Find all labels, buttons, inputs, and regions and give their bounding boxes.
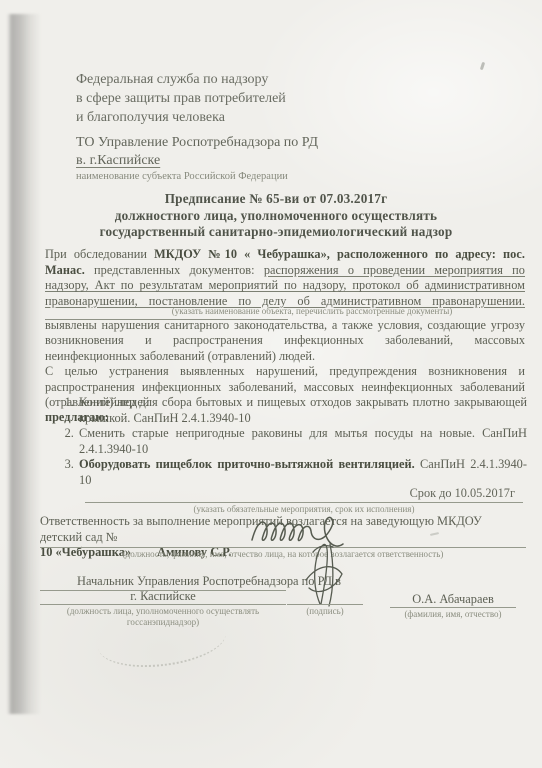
- agency-header: Федеральная служба по надзору в сфере за…: [76, 70, 376, 127]
- signature-caption: (подпись): [287, 606, 363, 617]
- org-caption: наименование субъекта Российской Федерац…: [76, 170, 436, 184]
- name-caption: (фамилия, имя, отчество): [390, 609, 516, 620]
- position-caption-line2: госсанэпиднадзор): [40, 617, 286, 628]
- prescription-item: Контейнер для сбора бытовых и пищевых от…: [77, 395, 527, 426]
- inspection-caption: (указать наименование объекта, перечисли…: [100, 306, 524, 317]
- violations-para1: выявлены нарушения санитарного законодат…: [45, 318, 525, 364]
- position-caption-line1: (должность лица, уполномоченного осущест…: [40, 606, 286, 617]
- document-title: Предписание № 65-ви от 07.03.2017г должн…: [40, 191, 512, 241]
- deadline: Срок до 10.05.2017г: [300, 486, 515, 501]
- prescription-items: Контейнер для сбора бытовых и пищевых от…: [45, 395, 527, 489]
- form-line: [40, 604, 286, 605]
- prescription-item: Оборудовать пищеблок приточно-вытяжной в…: [77, 457, 527, 488]
- title-number-date: Предписание № 65-ви от 07.03.2017г: [40, 191, 512, 208]
- official-signature: [288, 538, 360, 610]
- scan-speck: [480, 62, 485, 71]
- title-line3: государственный санитарно-эпидемиологиче…: [40, 224, 512, 241]
- agency-header-line3: и благополучия человека: [76, 108, 376, 127]
- title-line2: должностного лица, уполномоченного осуще…: [40, 208, 512, 225]
- org-location: в. г.Каспийске: [76, 152, 436, 170]
- agency-header-line1: Федеральная служба по надзору: [76, 70, 376, 89]
- responsibility-caption: (должность, фамилия, имя, отчество лица,…: [40, 547, 526, 560]
- official-position-line2: г. Каспийске: [40, 589, 286, 604]
- inspection-intro: При обследовании: [45, 247, 154, 261]
- scan-shadow-strip: [7, 14, 41, 714]
- agency-header-line2: в сфере защиты прав потребителей: [76, 89, 376, 108]
- form-line: [390, 607, 516, 608]
- item-bold-text: Оборудовать пищеблок приточно-вытяжной в…: [79, 457, 415, 471]
- scanned-document-sheet: Федеральная служба по надзору в сфере за…: [0, 0, 542, 768]
- item-text: Сменить старые непригодные раковины для …: [79, 426, 527, 456]
- prescription-item: Сменить старые непригодные раковины для …: [77, 426, 527, 457]
- territorial-org-block: ТО Управление Роспотребнадзора по РД в. …: [76, 134, 436, 184]
- item-text: Контейнер для сбора бытовых и пищевых от…: [79, 395, 527, 425]
- org-name: ТО Управление Роспотребнадзора по РД: [76, 134, 436, 152]
- position-caption: (должность лица, уполномоченного осущест…: [40, 606, 286, 628]
- inspection-docs-label: представленных документов:: [85, 263, 264, 277]
- official-name: О.А. Абачараев: [390, 592, 516, 607]
- form-line: [287, 604, 363, 605]
